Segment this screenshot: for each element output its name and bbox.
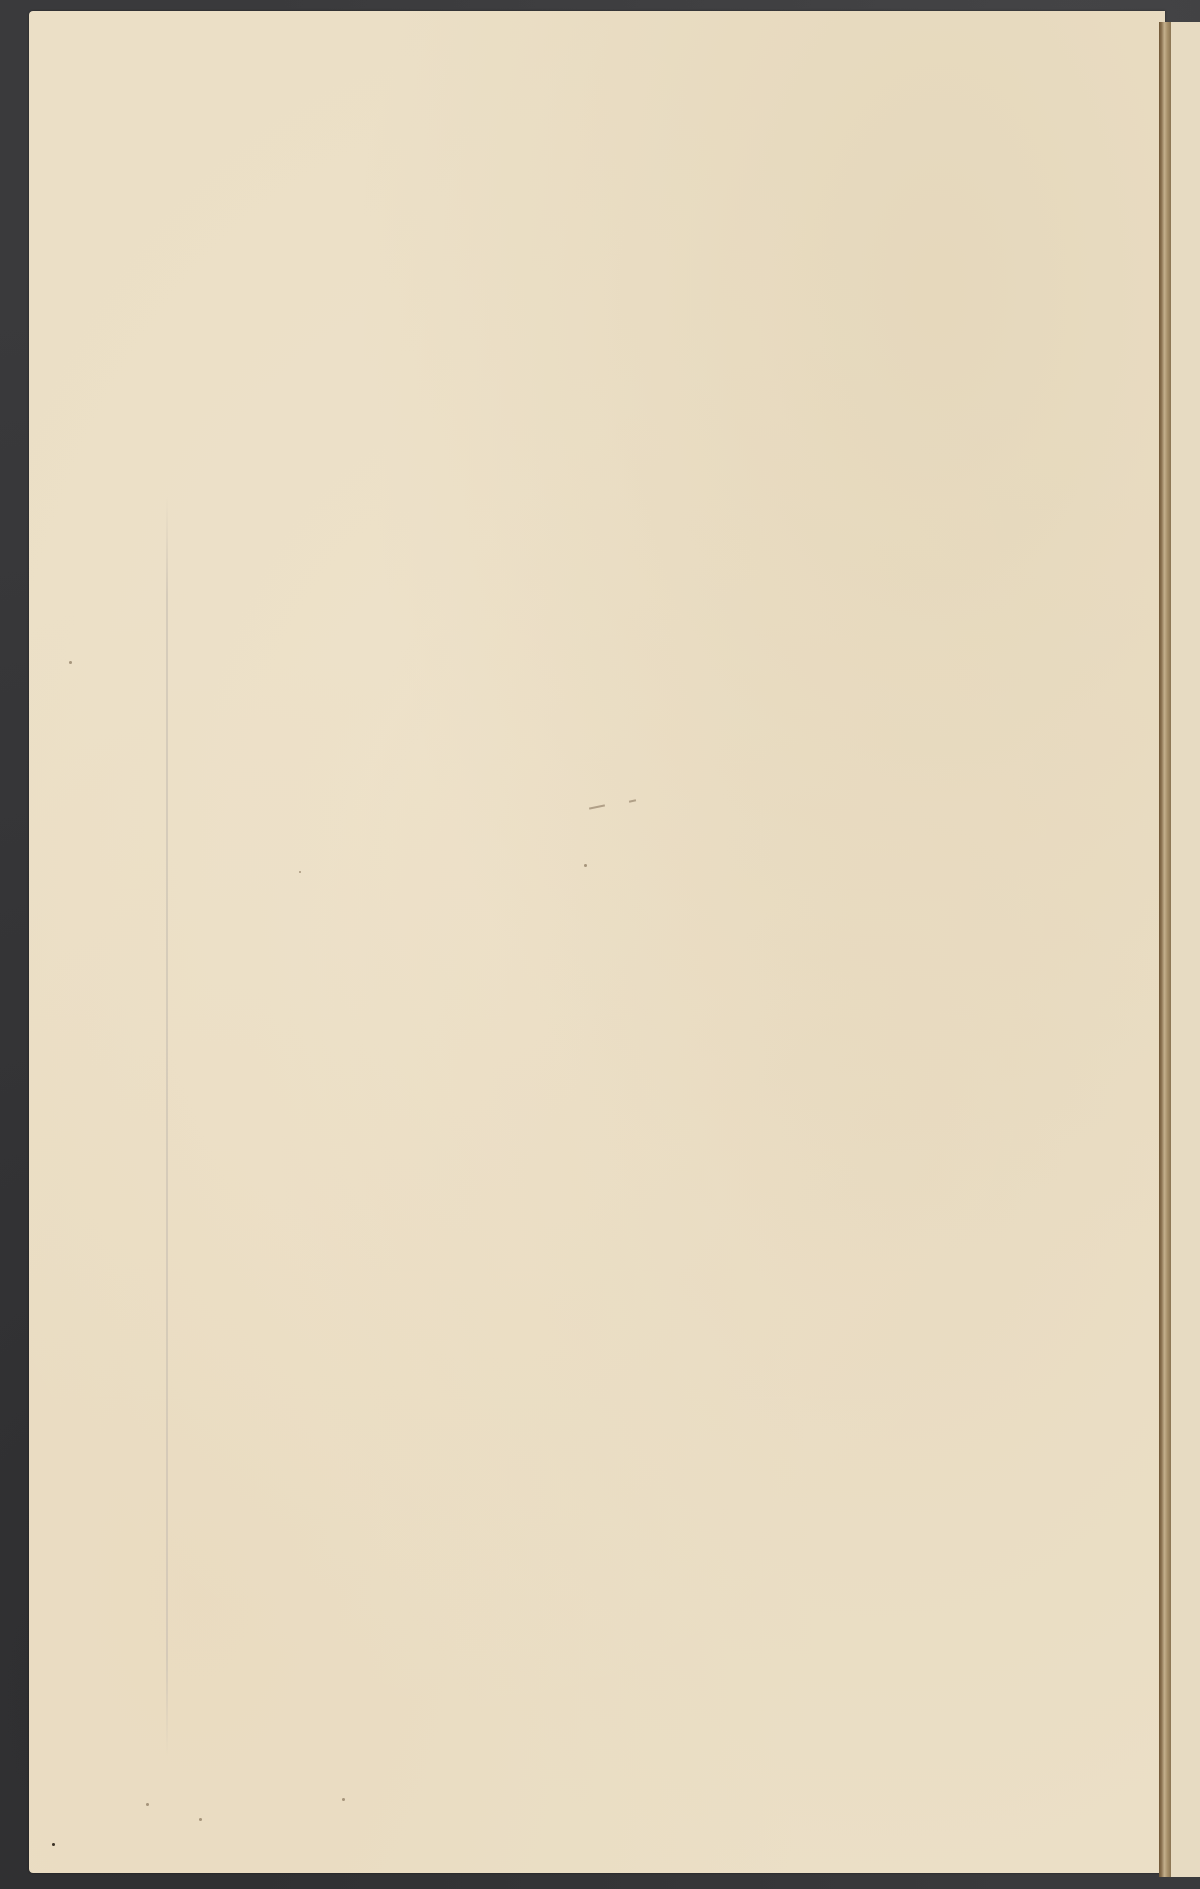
blank-book-page (29, 11, 1165, 1873)
paper-speck (69, 661, 72, 664)
page-gutter-edge (1159, 22, 1171, 1877)
paper-smudge (589, 804, 605, 809)
paper-speck (584, 864, 587, 867)
paper-speck (342, 1798, 345, 1801)
paper-speck (52, 1843, 55, 1846)
paper-smudge (629, 799, 636, 802)
paper-speck (299, 871, 301, 873)
paper-speck (146, 1803, 149, 1806)
adjacent-page-edge (1171, 22, 1200, 1877)
paper-speck (199, 1818, 202, 1821)
fold-line (166, 496, 168, 1756)
